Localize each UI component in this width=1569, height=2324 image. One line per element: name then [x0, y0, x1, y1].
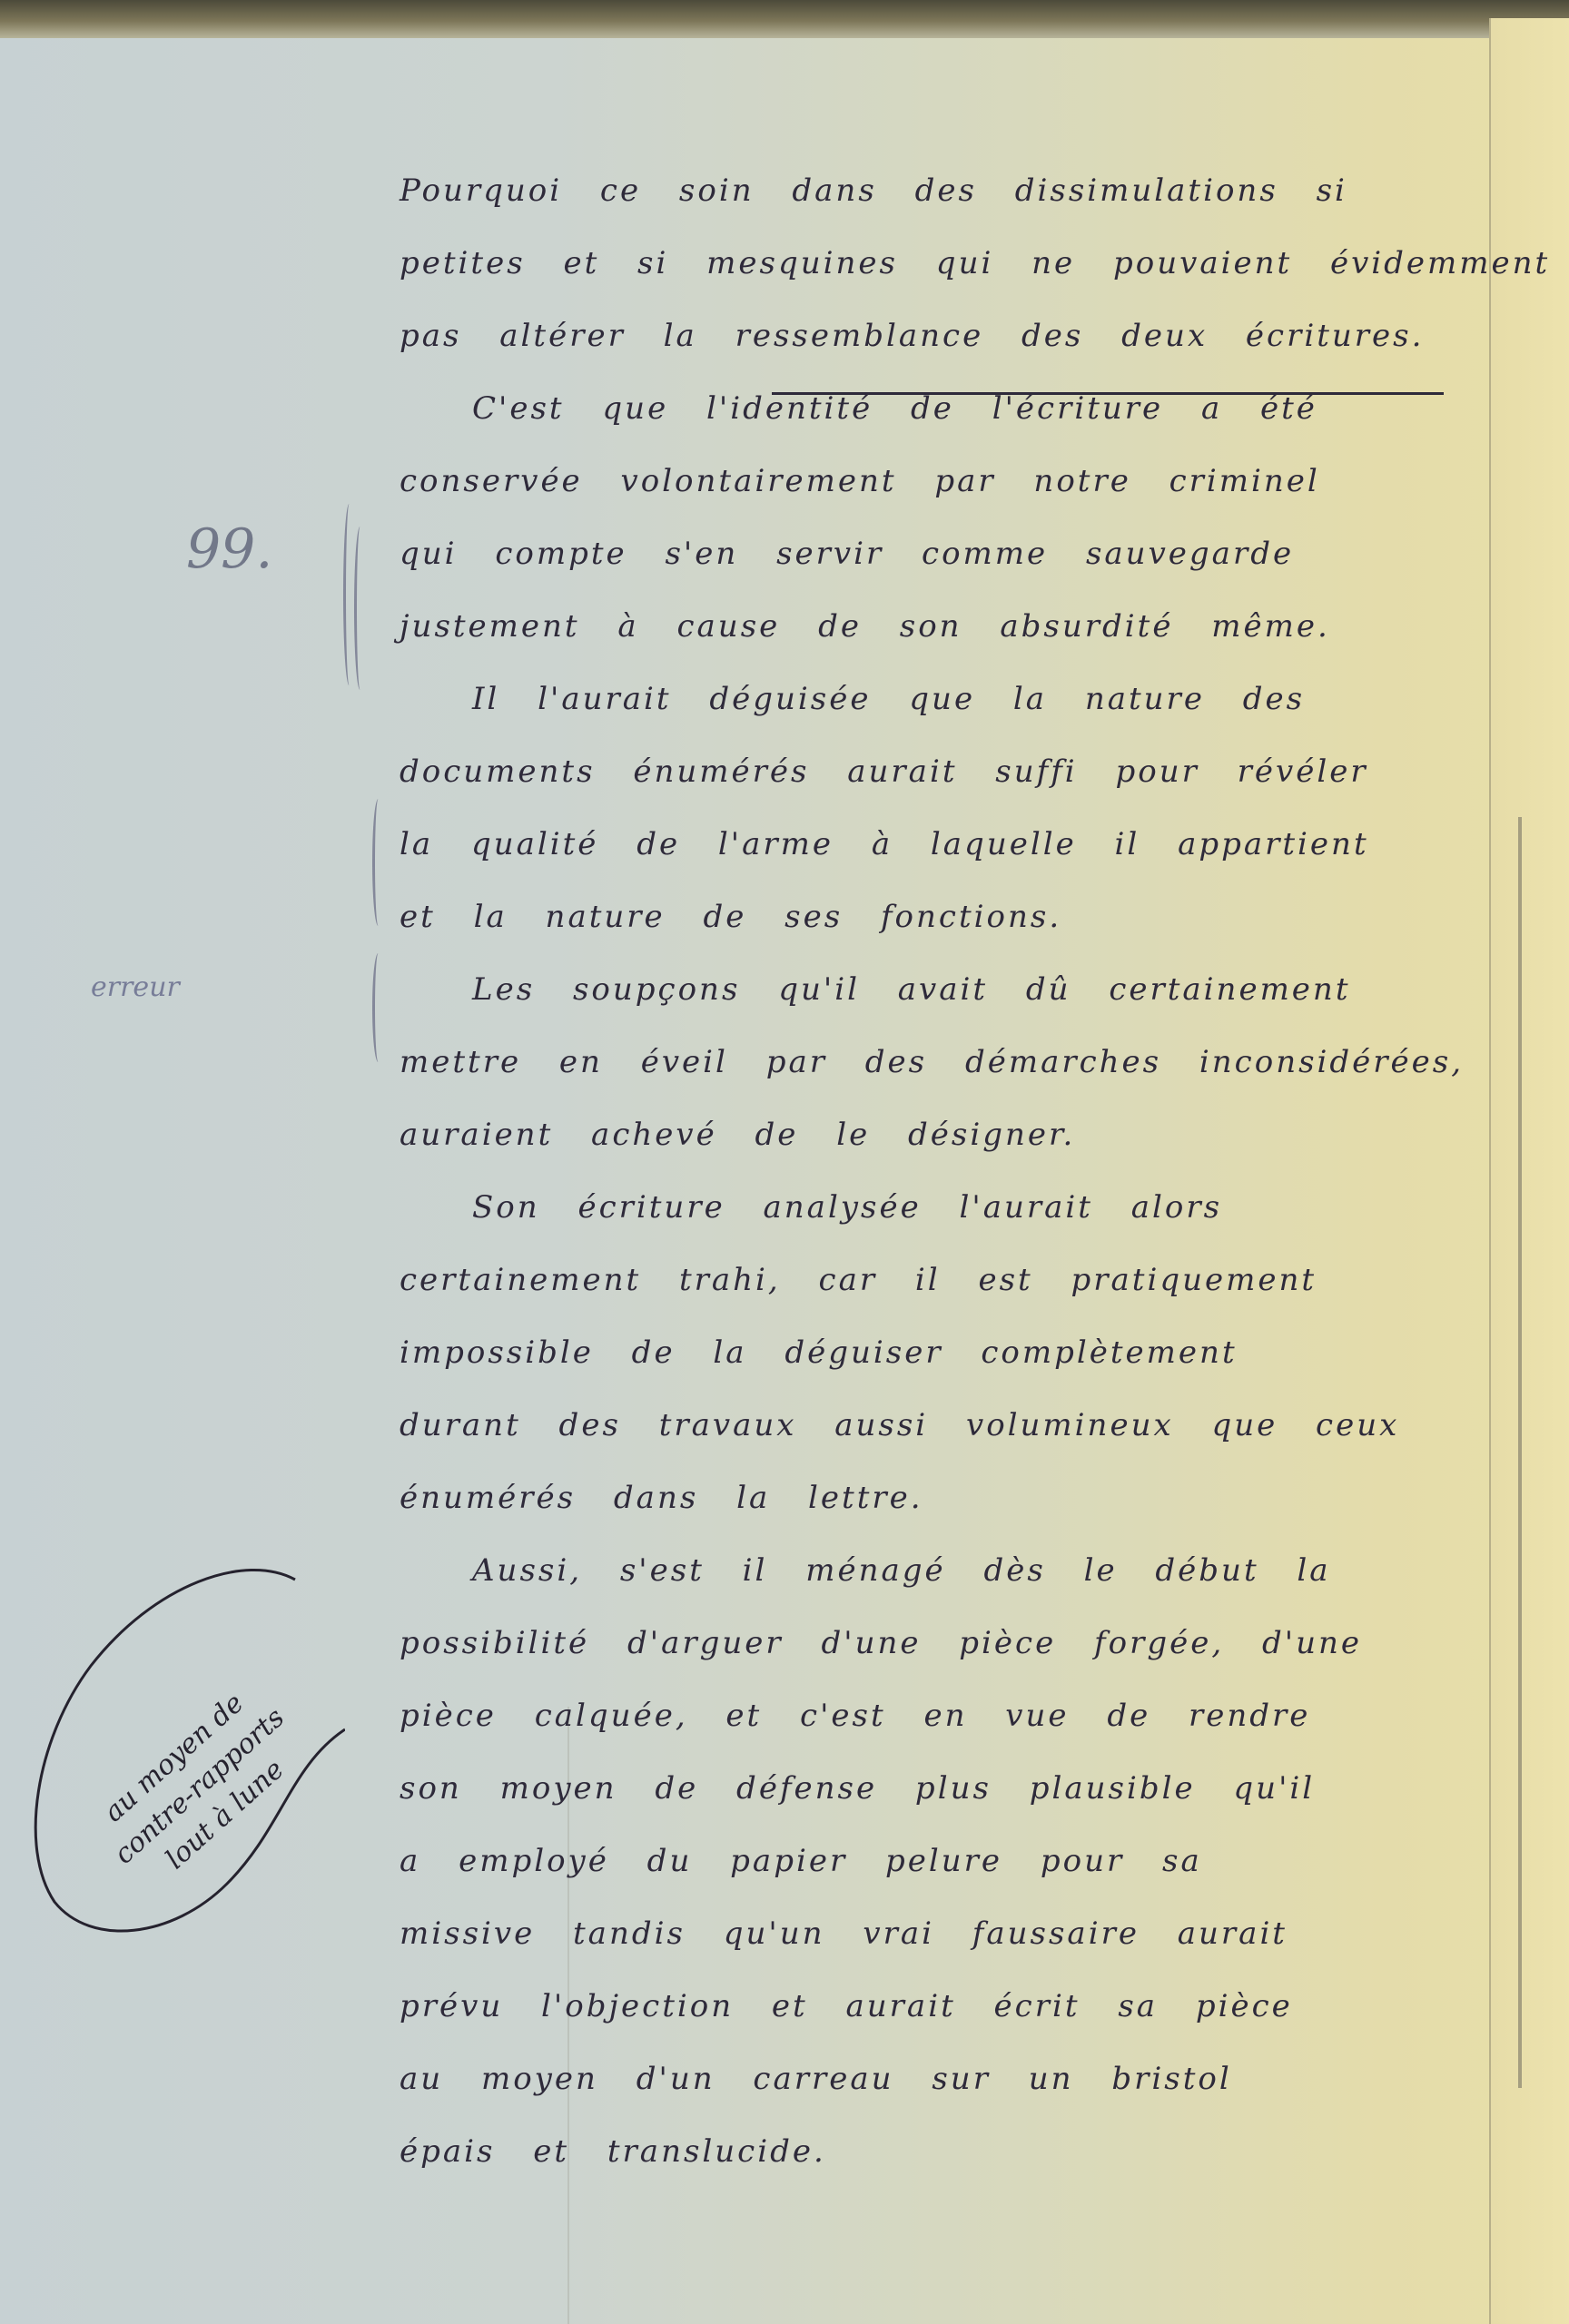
text-line: la qualité de l'arme à laquelle il appar…	[400, 808, 1489, 881]
margin-bracket-2	[354, 527, 366, 690]
text-line: pièce calquée, et c'est en vue de rendre	[400, 1679, 1489, 1752]
underline-identite	[772, 392, 1444, 395]
text-line: C'est que l'identité de l'écriture a été	[472, 390, 1317, 427]
text-line: durant des travaux aussi volumineux que …	[400, 1389, 1489, 1462]
text-line: au moyen d'un carreau sur un bristol	[400, 2043, 1489, 2115]
text-line: conservée volontairement par notre crimi…	[400, 445, 1489, 517]
text-line: Pourquoi ce soin dans des dissimulations…	[400, 154, 1489, 227]
margin-bracket-4	[372, 953, 384, 1062]
text-line: a employé du papier pelure pour sa	[400, 1825, 1489, 1897]
text-line: justement à cause de son absurdité même.	[400, 590, 1489, 663]
margin-vertical-line	[1518, 817, 1522, 2088]
text-line-underlined: C'est que l'identité de l'écriture a été	[400, 372, 1489, 445]
margin-note-erreur: erreur	[91, 971, 180, 1003]
text-line: qui compte s'en servir comme sauvegarde	[400, 517, 1489, 590]
text-line: certainement trahi, car il est pratiquem…	[400, 1244, 1489, 1316]
circled-margin-note: au moyen de contre-rapports lout à lune	[18, 1557, 345, 1947]
manuscript-body: Pourquoi ce soin dans des dissimulations…	[400, 154, 1489, 2188]
text-line: documents énumérés aurait suffi pour rév…	[400, 735, 1489, 808]
text-line: Son écriture analysée l'aurait alors	[400, 1171, 1489, 1244]
text-line: Aussi, s'est il ménagé dès le début la	[400, 1534, 1489, 1607]
text-line: missive tandis qu'un vrai faussaire aura…	[400, 1897, 1489, 1970]
margin-bracket-3	[372, 799, 384, 926]
text-line: pas altérer la ressemblance des deux écr…	[400, 300, 1489, 372]
text-line: impossible de la déguiser complètement	[400, 1316, 1489, 1389]
text-line: auraient achevé de le désigner.	[400, 1098, 1489, 1171]
text-line: possibilité d'arguer d'une pièce forgée,…	[400, 1607, 1489, 1679]
margin-bracket-1	[343, 504, 355, 685]
text-line: Les soupçons qu'il avait dû certainement	[400, 953, 1489, 1026]
text-line: et la nature de ses fonctions.	[400, 881, 1489, 953]
margin-page-number: 99.	[186, 517, 272, 581]
text-line: épais et translucide.	[400, 2115, 1489, 2188]
text-line: son moyen de défense plus plausible qu'i…	[400, 1752, 1489, 1825]
text-line: mettre en éveil par des démarches incons…	[400, 1026, 1489, 1098]
text-line: prévu l'objection et aurait écrit sa piè…	[400, 1970, 1489, 2043]
text-line: énumérés dans la lettre.	[400, 1462, 1489, 1534]
page-top-shadow	[0, 0, 1569, 38]
text-line: Il l'aurait déguisée que la nature des	[400, 663, 1489, 735]
next-page-edge	[1489, 18, 1569, 2324]
text-line: petites et si mesquines qui ne pouvaient…	[400, 227, 1489, 300]
